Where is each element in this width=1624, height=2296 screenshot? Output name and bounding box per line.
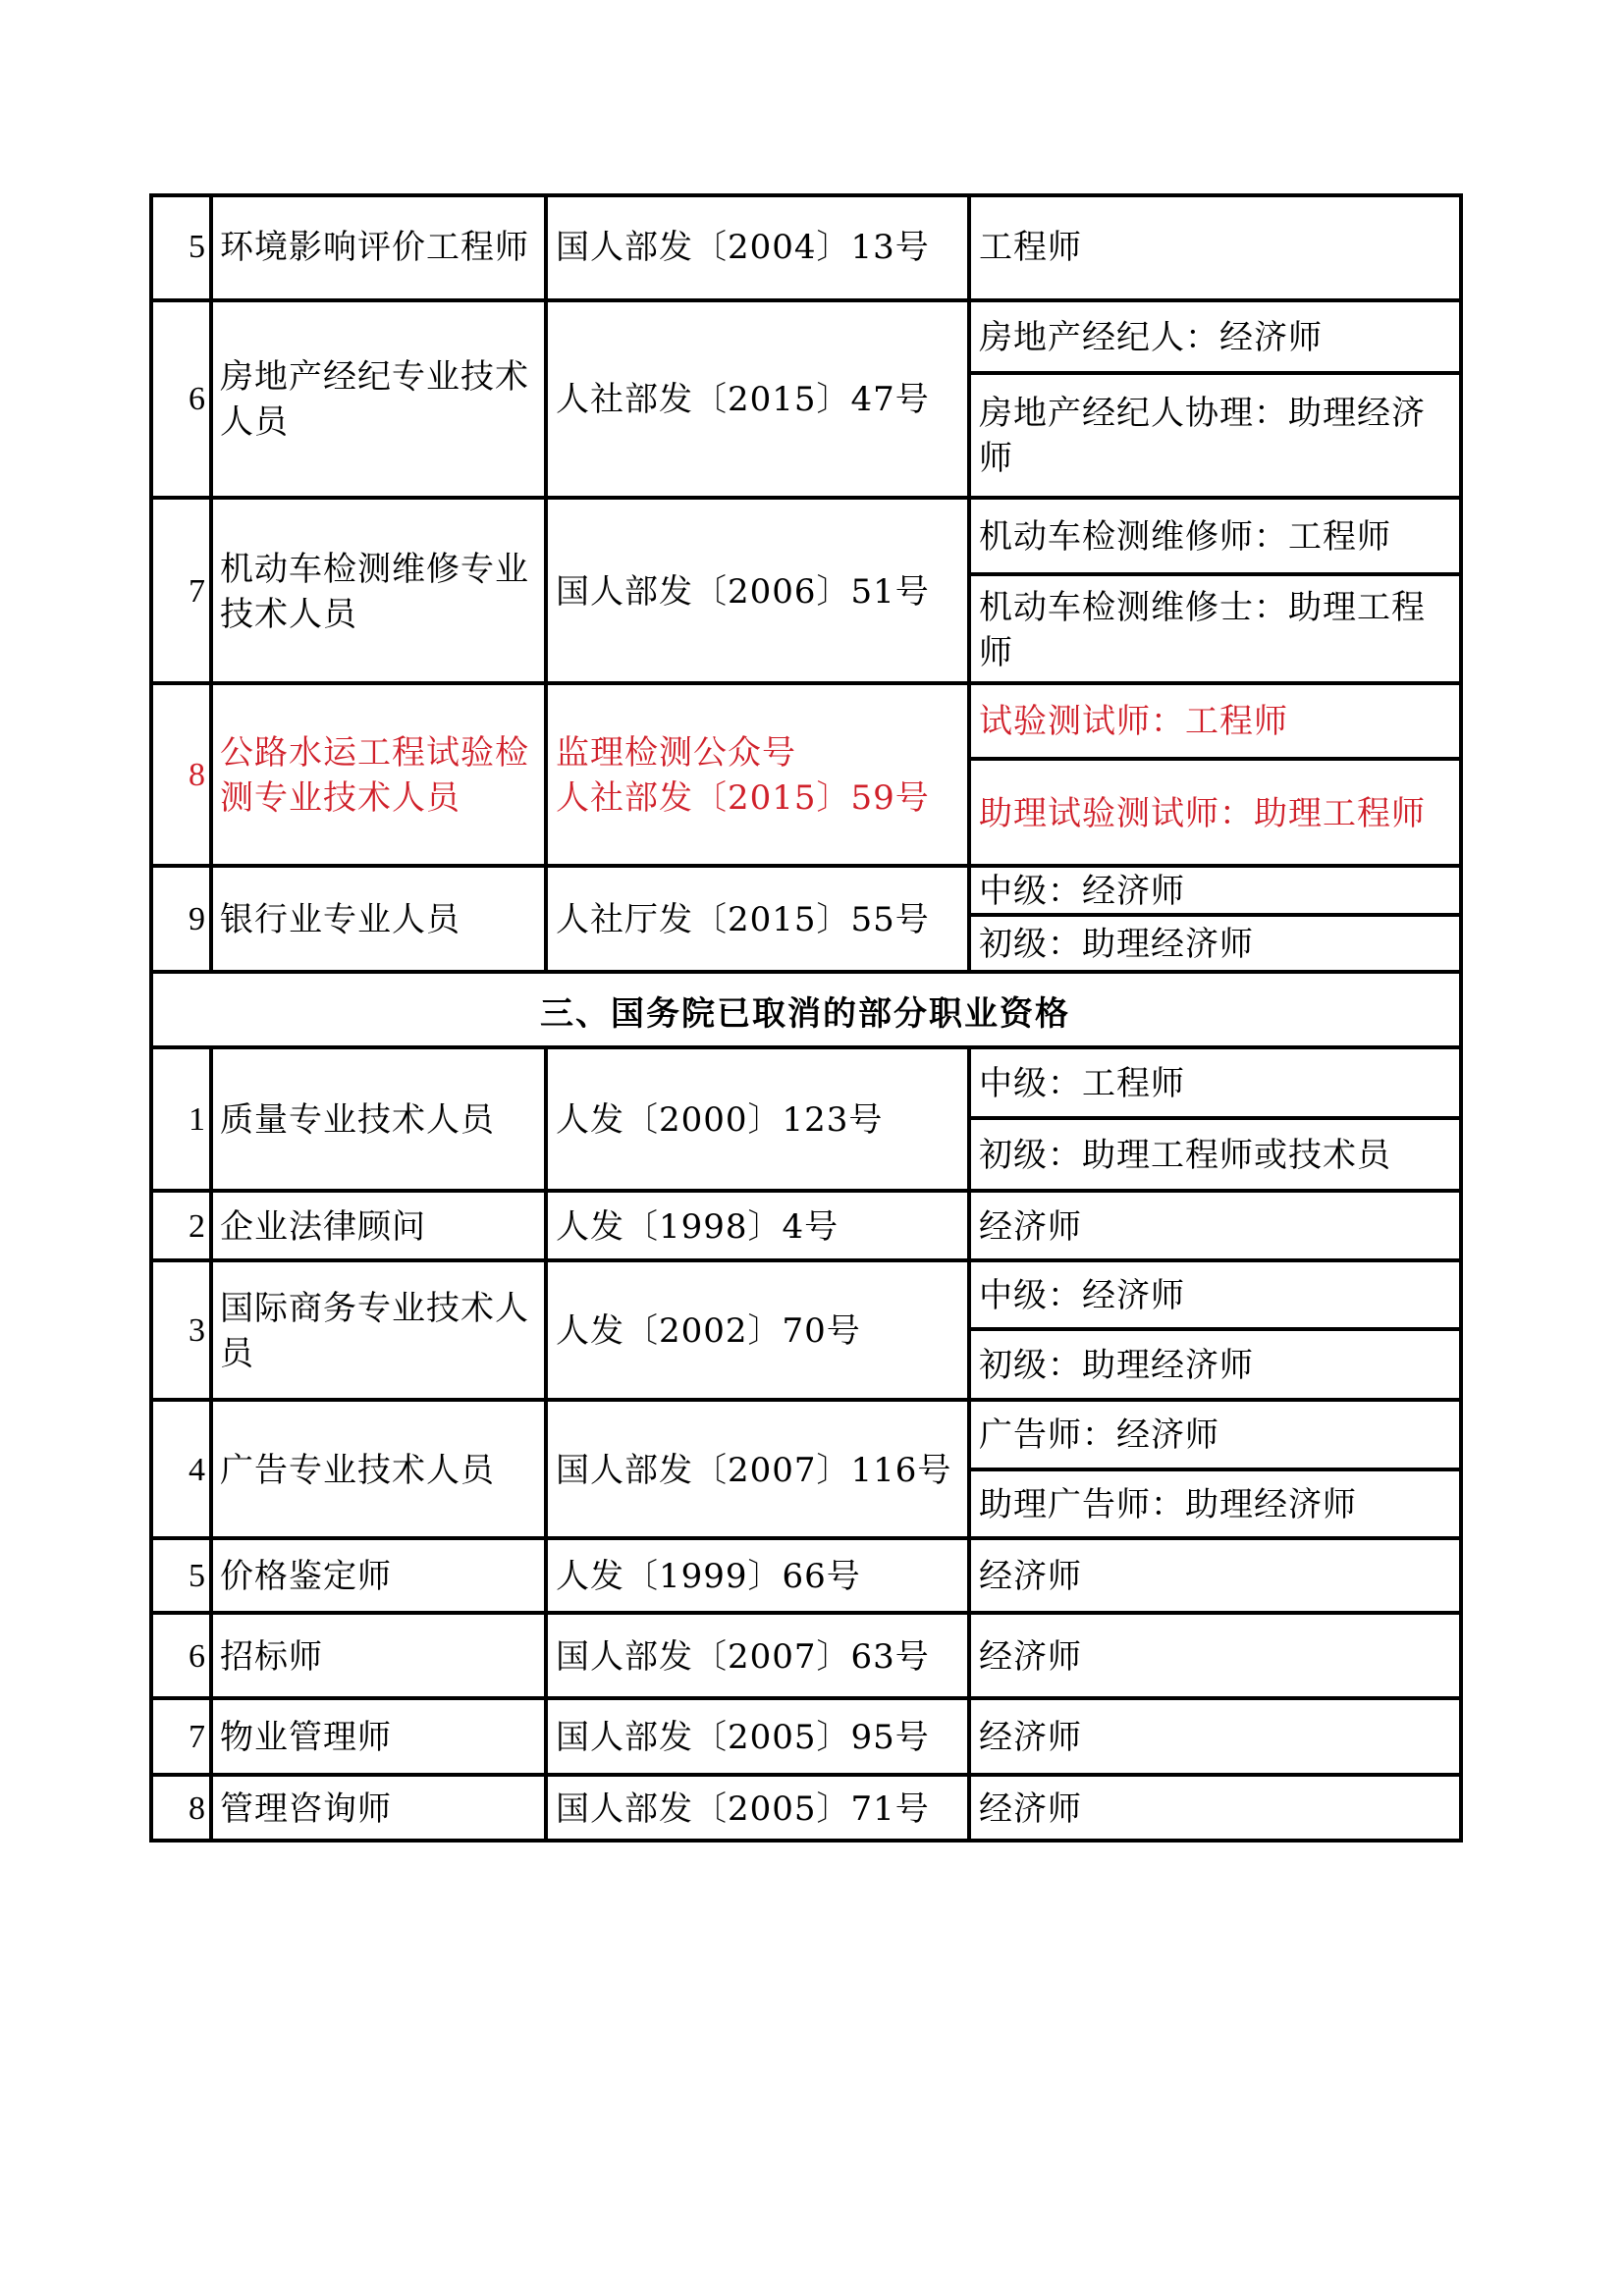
row-divider bbox=[149, 1398, 1463, 1402]
document-number: 国人部发〔2007〕116号 bbox=[548, 1402, 967, 1538]
occupation-name: 价格鉴定师 bbox=[212, 1540, 544, 1613]
column-divider bbox=[544, 1045, 548, 1842]
row-divider bbox=[149, 1696, 1463, 1700]
document-number: 人发〔1999〕66号 bbox=[548, 1540, 967, 1613]
title-equivalence: 中级：经济师 bbox=[971, 868, 1459, 914]
row-number: 2 bbox=[149, 1193, 210, 1260]
row-divider bbox=[149, 1536, 1463, 1540]
section-header: 三、国务院已取消的部分职业资格 bbox=[149, 974, 1461, 1047]
row-divider bbox=[149, 1045, 1463, 1049]
row-divider bbox=[149, 1189, 1463, 1193]
title-equivalence: 广告师：经济师 bbox=[971, 1402, 1459, 1468]
title-equivalence: 初级：助理经济师 bbox=[971, 1331, 1459, 1400]
column-divider bbox=[967, 193, 971, 972]
document-number: 人发〔2002〕70号 bbox=[548, 1262, 967, 1400]
occupation-name: 机动车检测维修专业技术人员 bbox=[212, 500, 544, 683]
row-number: 5 bbox=[149, 193, 210, 300]
title-equivalence: 工程师 bbox=[971, 193, 1459, 300]
title-equivalence: 经济师 bbox=[971, 1540, 1459, 1613]
table-border-left bbox=[149, 193, 153, 1842]
title-equivalence: 助理试验测试师：助理工程师 bbox=[971, 761, 1459, 866]
sub-row-divider bbox=[969, 1327, 1463, 1331]
row-divider bbox=[149, 1611, 1463, 1615]
occupation-name: 银行业专业人员 bbox=[212, 868, 544, 972]
document-number: 人社部发〔2015〕47号 bbox=[548, 302, 967, 497]
row-number: 1 bbox=[149, 1049, 210, 1191]
document-number: 国人部发〔2006〕51号 bbox=[548, 500, 967, 683]
occupation-name: 企业法律顾问 bbox=[212, 1193, 544, 1260]
document-number: 人社厅发〔2015〕55号 bbox=[548, 868, 967, 972]
row-number: 3 bbox=[149, 1262, 210, 1400]
row-divider bbox=[149, 496, 1463, 500]
column-divider bbox=[209, 193, 213, 972]
occupation-name: 公路水运工程试验检测专业技术人员 bbox=[212, 685, 544, 866]
row-number: 6 bbox=[149, 302, 210, 497]
table-border-bottom bbox=[149, 1839, 1463, 1842]
sub-row-divider bbox=[969, 572, 1463, 576]
column-divider bbox=[544, 193, 548, 972]
title-equivalence: 机动车检测维修士：助理工程师 bbox=[971, 576, 1459, 683]
title-equivalence: 助理广告师：助理经济师 bbox=[971, 1471, 1459, 1538]
document-number: 国人部发〔2007〕63号 bbox=[548, 1615, 967, 1698]
row-number: 8 bbox=[149, 1777, 210, 1841]
row-divider bbox=[149, 970, 1463, 974]
title-equivalence: 经济师 bbox=[971, 1700, 1459, 1775]
title-equivalence: 机动车检测维修师：工程师 bbox=[971, 500, 1459, 573]
occupation-name: 环境影响评价工程师 bbox=[212, 193, 544, 300]
row-number: 7 bbox=[149, 1700, 210, 1775]
row-number: 6 bbox=[149, 1615, 210, 1698]
occupation-name: 质量专业技术人员 bbox=[212, 1049, 544, 1191]
title-equivalence: 试验测试师：工程师 bbox=[971, 685, 1459, 758]
row-divider bbox=[149, 298, 1463, 302]
document-number: 监理检测公众号 人社部发〔2015〕59号 bbox=[548, 685, 967, 866]
title-equivalence: 经济师 bbox=[971, 1615, 1459, 1698]
sub-row-divider bbox=[969, 1468, 1463, 1471]
row-number: 8 bbox=[149, 685, 210, 866]
occupation-name: 房地产经纪专业技术人员 bbox=[212, 302, 544, 497]
row-divider bbox=[149, 1773, 1463, 1777]
title-equivalence: 中级：经济师 bbox=[971, 1262, 1459, 1328]
document-number: 人发〔1998〕4号 bbox=[548, 1193, 967, 1260]
title-equivalence: 初级：助理工程师或技术员 bbox=[971, 1120, 1459, 1191]
sub-row-divider bbox=[969, 1116, 1463, 1120]
document-number: 人发〔2000〕123号 bbox=[548, 1049, 967, 1191]
row-divider bbox=[149, 1258, 1463, 1262]
title-equivalence: 房地产经纪人协理：助理经济师 bbox=[971, 375, 1459, 497]
document-number: 国人部发〔2004〕13号 bbox=[548, 193, 967, 300]
sub-row-divider bbox=[969, 757, 1463, 761]
title-equivalence: 经济师 bbox=[971, 1193, 1459, 1260]
occupation-name: 国际商务专业技术人员 bbox=[212, 1262, 544, 1400]
title-equivalence: 房地产经纪人：经济师 bbox=[971, 302, 1459, 372]
sub-row-divider bbox=[969, 371, 1463, 375]
document-number: 国人部发〔2005〕71号 bbox=[548, 1777, 967, 1841]
title-equivalence: 经济师 bbox=[971, 1777, 1459, 1841]
row-number: 9 bbox=[149, 868, 210, 972]
occupation-name: 广告专业技术人员 bbox=[212, 1402, 544, 1538]
column-divider bbox=[967, 1045, 971, 1842]
row-divider bbox=[149, 864, 1463, 868]
table-border-top bbox=[149, 193, 1463, 197]
row-divider bbox=[149, 681, 1463, 685]
row-number: 4 bbox=[149, 1402, 210, 1538]
title-equivalence: 初级：助理经济师 bbox=[971, 917, 1459, 972]
table-border-right bbox=[1459, 193, 1463, 1842]
title-equivalence: 中级：工程师 bbox=[971, 1049, 1459, 1117]
occupation-name: 管理咨询师 bbox=[212, 1777, 544, 1841]
row-number: 5 bbox=[149, 1540, 210, 1613]
column-divider bbox=[209, 1045, 213, 1842]
sub-row-divider bbox=[969, 913, 1463, 917]
document-number: 国人部发〔2005〕95号 bbox=[548, 1700, 967, 1775]
occupation-name: 招标师 bbox=[212, 1615, 544, 1698]
occupation-name: 物业管理师 bbox=[212, 1700, 544, 1775]
row-number: 7 bbox=[149, 500, 210, 683]
